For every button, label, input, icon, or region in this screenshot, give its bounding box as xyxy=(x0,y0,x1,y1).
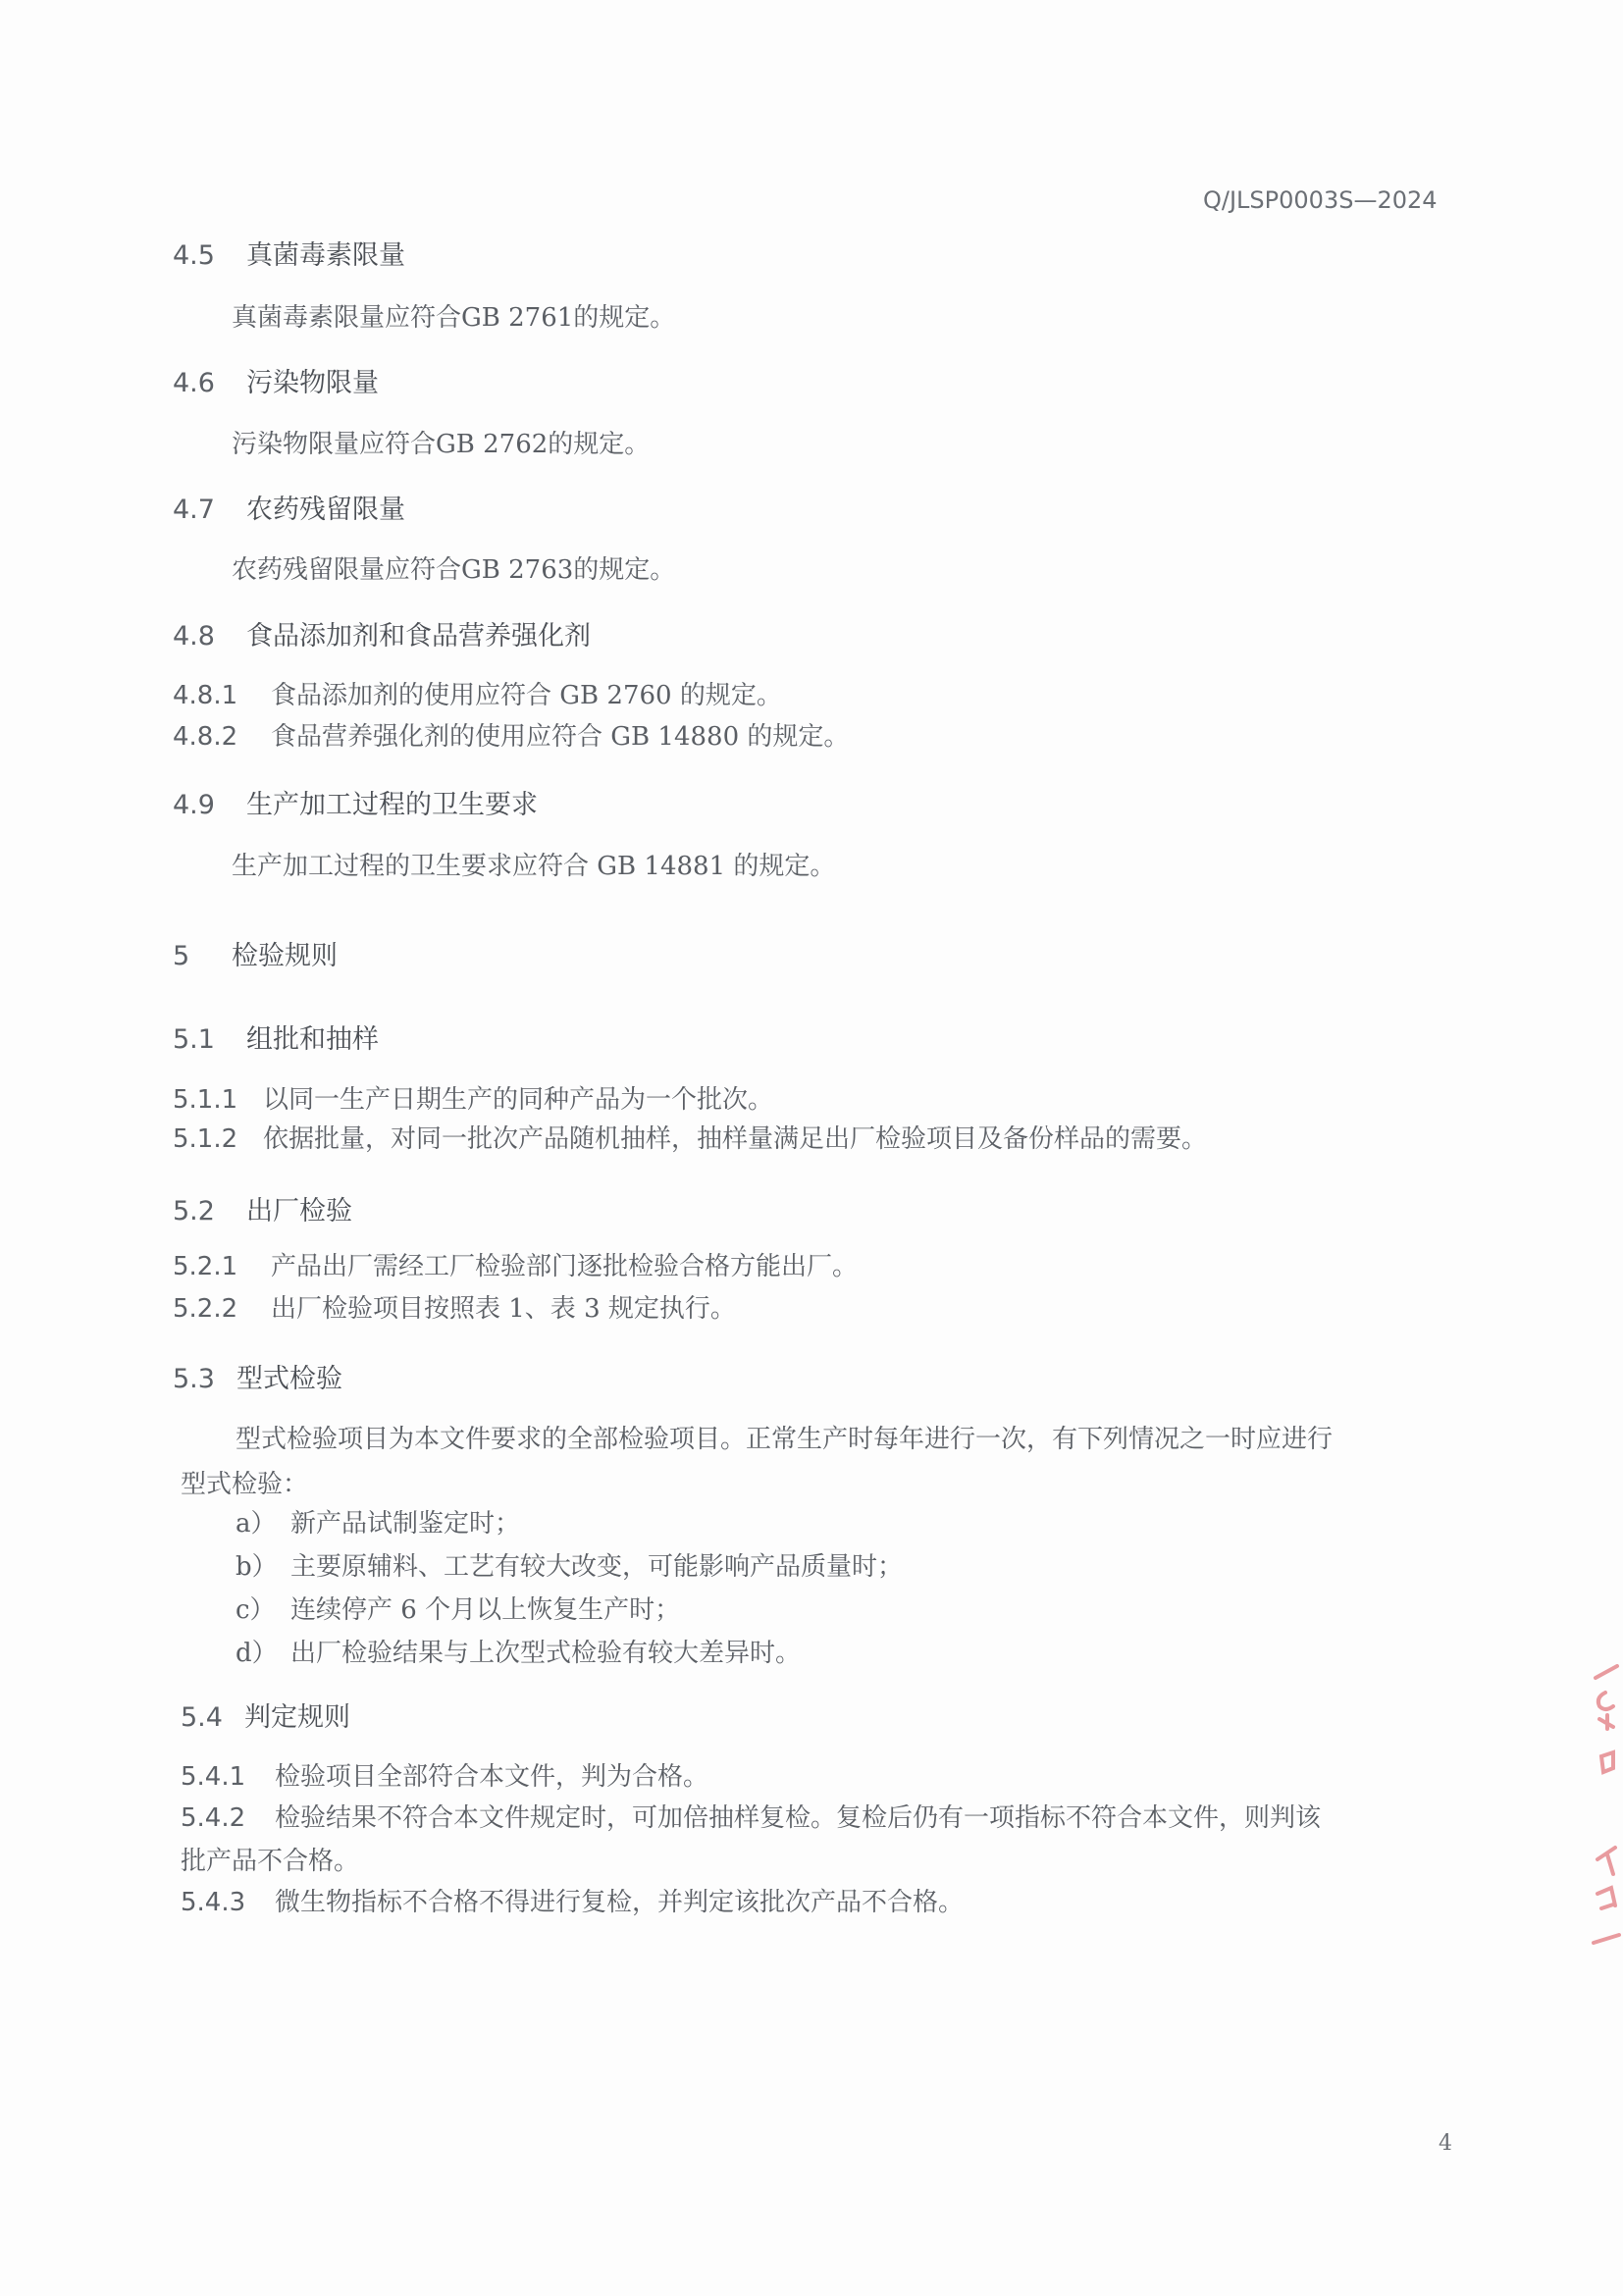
item-text: 依据批量，对同一批次产品随机抽样，抽样量满足出厂检验项目及备份样品的需要。 xyxy=(263,1124,1207,1154)
section-number: 4.8 xyxy=(173,621,246,652)
seal-stamp-icon xyxy=(1578,1658,1623,1953)
section-number: 5.2 xyxy=(173,1196,246,1226)
section-4-5-text: 真菌毒素限量应符合GB 2761的规定。 xyxy=(232,297,675,334)
section-number: 4.5 xyxy=(173,240,246,271)
item-number: 5.4.1 xyxy=(181,1762,275,1792)
list-text: 出厂检验结果与上次型式检验有较大差异时。 xyxy=(290,1639,801,1668)
item-5-2-1: 5.2.1产品出厂需经工厂检验部门逐批检验合格方能出厂。 xyxy=(173,1246,858,1282)
list-text: 新产品试制鉴定时； xyxy=(290,1509,520,1539)
item-number: 4.8.1 xyxy=(173,681,271,710)
section-title: 判定规则 xyxy=(244,1702,350,1733)
list-marker: d） xyxy=(236,1633,290,1669)
section-5-2-heading: 5.2出厂检验 xyxy=(173,1189,352,1227)
item-number: 5.1.1 xyxy=(173,1085,263,1115)
section-4-6-text: 污染物限量应符合GB 2762的规定。 xyxy=(232,424,650,460)
section-number: 5.1 xyxy=(173,1024,246,1055)
item-text: 检验结果不符合本文件规定时，可加倍抽样复检。复检后仍有一项指标不符合本文件，则判… xyxy=(275,1803,1321,1833)
section-title: 生产加工过程的卫生要求 xyxy=(246,790,538,820)
section-5-1-heading: 5.1组批和抽样 xyxy=(173,1018,379,1056)
item-5-4-2-continuation: 批产品不合格。 xyxy=(181,1841,359,1877)
section-4-7-text: 农药残留限量应符合GB 2763的规定。 xyxy=(232,549,675,586)
page-number: 4 xyxy=(1439,2131,1452,2156)
section-number: 4.9 xyxy=(173,790,246,820)
item-number: 4.8.2 xyxy=(173,722,271,752)
item-text: 检验项目全部符合本文件，判为合格。 xyxy=(275,1762,708,1792)
item-5-4-1: 5.4.1检验项目全部符合本文件，判为合格。 xyxy=(181,1756,708,1793)
item-5-1-1: 5.1.1以同一生产日期生产的同种产品为一个批次。 xyxy=(173,1079,773,1116)
item-number: 5.4.3 xyxy=(181,1888,275,1917)
section-title: 食品添加剂和食品营养强化剂 xyxy=(246,621,591,652)
item-5-4-3: 5.4.3微生物指标不合格不得进行复检，并判定该批次产品不合格。 xyxy=(181,1882,964,1918)
item-text: 产品出厂需经工厂检验部门逐批检验合格方能出厂。 xyxy=(271,1252,858,1281)
item-text: 出厂检验项目按照表 1、表 3 规定执行。 xyxy=(271,1294,736,1324)
section-title: 出厂检验 xyxy=(246,1196,352,1226)
section-title: 农药残留限量 xyxy=(246,495,405,525)
section-5-heading: 5检验规则 xyxy=(173,934,338,972)
list-item-c: c）连续停产 6 个月以上恢复生产时； xyxy=(236,1590,680,1626)
section-title: 型式检验 xyxy=(236,1364,342,1394)
item-4-8-1: 4.8.1食品添加剂的使用应符合 GB 2760 的规定。 xyxy=(173,675,782,711)
list-marker: b） xyxy=(236,1546,290,1583)
item-number: 5.2.2 xyxy=(173,1294,271,1324)
section-number: 5.3 xyxy=(173,1364,236,1394)
item-number: 5.2.1 xyxy=(173,1252,271,1281)
section-4-6-heading: 4.6污染物限量 xyxy=(173,361,379,399)
item-text: 食品添加剂的使用应符合 GB 2760 的规定。 xyxy=(271,681,782,710)
section-4-9-heading: 4.9生产加工过程的卫生要求 xyxy=(173,783,538,821)
section-title: 污染物限量 xyxy=(246,368,379,398)
section-title: 真菌毒素限量 xyxy=(246,240,405,271)
section-5-3-text-line2: 型式检验： xyxy=(181,1464,308,1500)
item-5-4-2: 5.4.2检验结果不符合本文件规定时，可加倍抽样复检。复检后仍有一项指标不符合本… xyxy=(181,1798,1321,1834)
list-item-a: a）新产品试制鉴定时； xyxy=(236,1503,520,1539)
item-text: 微生物指标不合格不得进行复检，并判定该批次产品不合格。 xyxy=(275,1888,964,1917)
section-4-5-heading: 4.5真菌毒素限量 xyxy=(173,234,405,272)
section-4-8-heading: 4.8食品添加剂和食品营养强化剂 xyxy=(173,614,591,652)
section-number: 4.7 xyxy=(173,495,246,525)
section-title: 检验规则 xyxy=(232,941,338,971)
section-title: 组批和抽样 xyxy=(246,1024,379,1055)
list-text: 连续停产 6 个月以上恢复生产时； xyxy=(290,1595,680,1625)
section-4-9-text: 生产加工过程的卫生要求应符合 GB 14881 的规定。 xyxy=(232,846,835,882)
section-5-4-heading: 5.4判定规则 xyxy=(181,1696,350,1734)
section-5-3-text-line1: 型式检验项目为本文件要求的全部检验项目。正常生产时每年进行一次，有下列情况之一时… xyxy=(236,1419,1333,1455)
item-number: 5.4.2 xyxy=(181,1803,275,1833)
section-5-3-heading: 5.3型式检验 xyxy=(173,1357,342,1395)
list-item-b: b）主要原辅料、工艺有较大改变，可能影响产品质量时； xyxy=(236,1546,903,1583)
list-item-d: d）出厂检验结果与上次型式检验有较大差异时。 xyxy=(236,1633,801,1669)
item-number: 5.1.2 xyxy=(173,1124,263,1154)
section-4-7-heading: 4.7农药残留限量 xyxy=(173,488,405,526)
section-number: 4.6 xyxy=(173,368,246,398)
list-text: 主要原辅料、工艺有较大改变，可能影响产品质量时； xyxy=(290,1552,903,1582)
item-text: 以同一生产日期生产的同种产品为一个批次。 xyxy=(263,1085,773,1115)
section-number: 5.4 xyxy=(181,1702,244,1733)
section-number: 5 xyxy=(173,941,232,971)
list-marker: c） xyxy=(236,1590,290,1626)
item-4-8-2: 4.8.2食品营养强化剂的使用应符合 GB 14880 的规定。 xyxy=(173,716,849,753)
list-marker: a） xyxy=(236,1503,290,1539)
item-text: 食品营养强化剂的使用应符合 GB 14880 的规定。 xyxy=(271,722,849,752)
item-5-1-2: 5.1.2依据批量，对同一批次产品随机抽样，抽样量满足出厂检验项目及备份样品的需… xyxy=(173,1119,1207,1155)
document-code: Q/JLSP0003S—2024 xyxy=(1203,186,1438,214)
item-5-2-2: 5.2.2出厂检验项目按照表 1、表 3 规定执行。 xyxy=(173,1288,736,1325)
